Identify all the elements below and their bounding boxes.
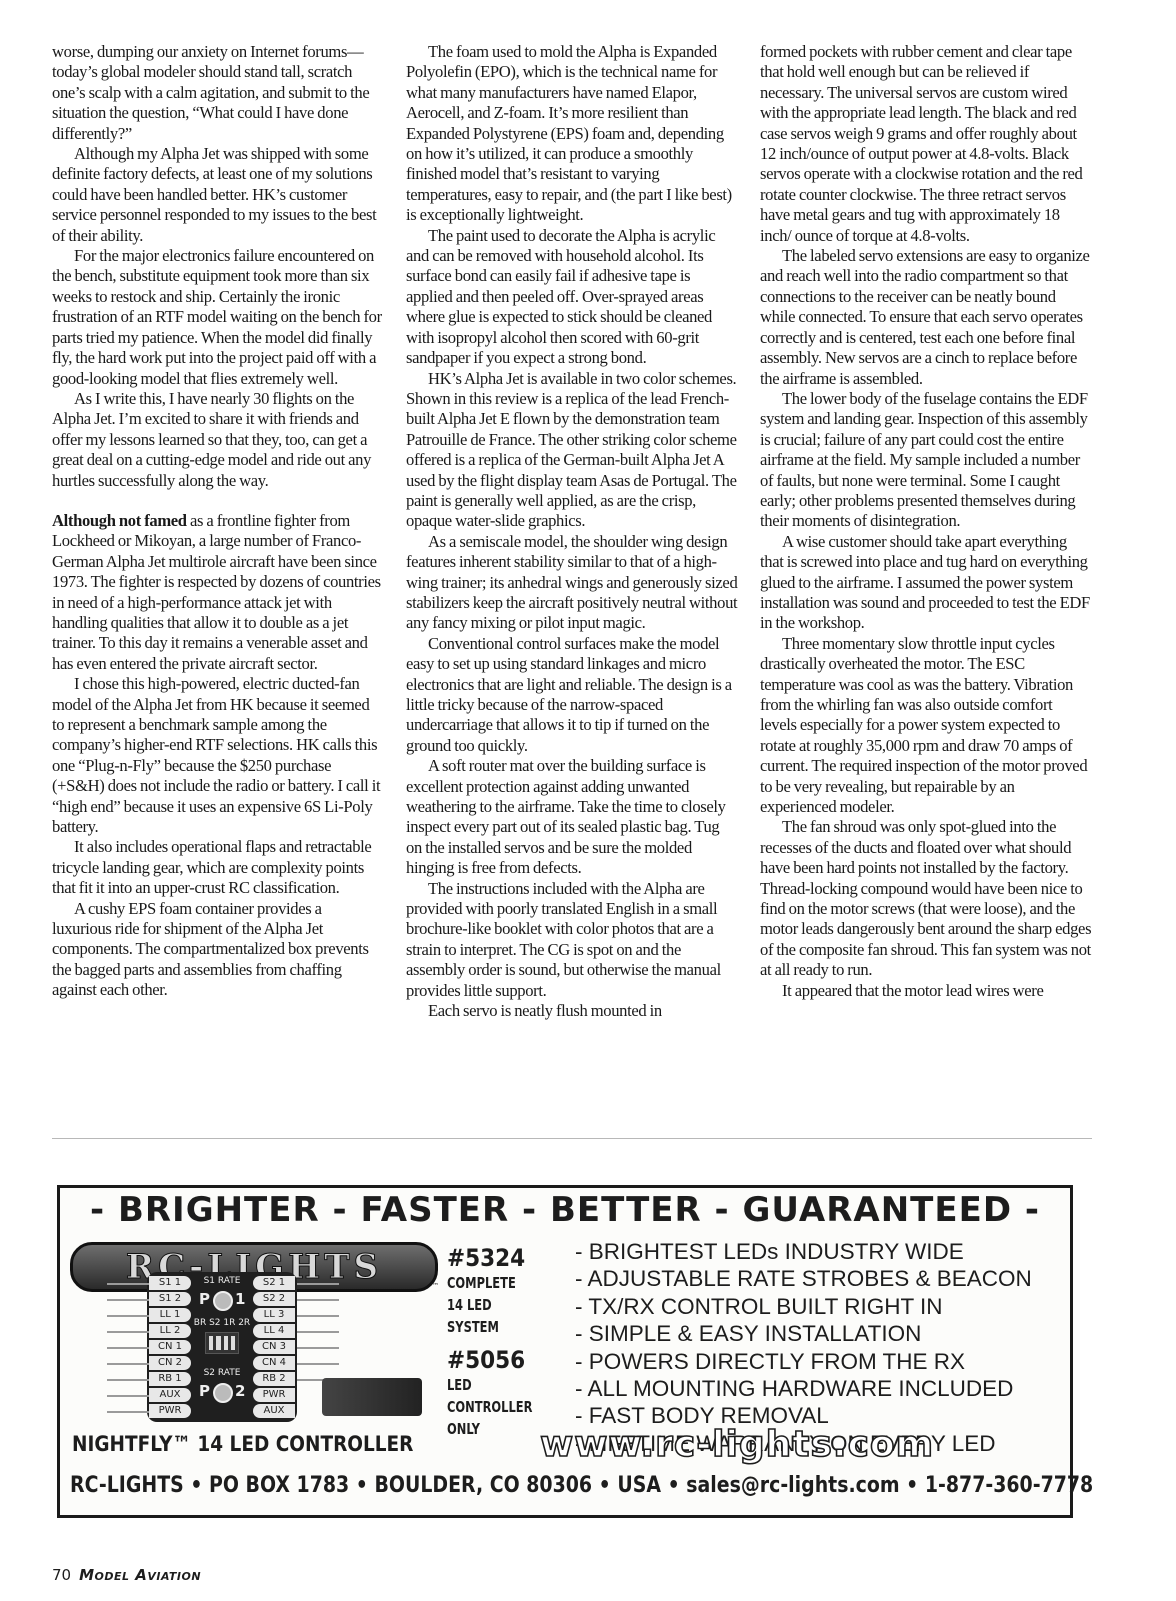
wire-line [107,1395,149,1397]
sku-number: #5324 [447,1244,528,1272]
pin-label: PWR [253,1388,295,1402]
section-lead-in: Although not famed [52,511,187,530]
pot-number: 2 [235,1382,245,1400]
sku-desc-line: SYSTEM [447,1316,516,1338]
magazine-name: Model Aviation [79,1566,201,1584]
wire-line [297,1283,339,1285]
paragraph-text: as a frontline fighter from Lockheed or … [52,511,381,673]
feature-item: - POWERS DIRECTLY FROM THE RX [575,1348,1032,1375]
paragraph: For the major electronics failure encoun… [52,246,384,389]
wire-line [107,1379,149,1381]
s2-rate-label: S2 RATE [182,1368,262,1378]
pin-label: CN 1 [149,1340,191,1354]
wire-line [107,1411,149,1413]
pot-letter: P [199,1290,210,1308]
wire-line [107,1331,149,1333]
wire-line [107,1283,149,1285]
paragraph: The paint used to decorate the Alpha is … [406,226,738,369]
paragraph: formed pockets with rubber cement and cl… [760,42,1092,246]
sku-desc-line: CONTROLLER [447,1396,532,1418]
potentiometer-icon [213,1291,233,1311]
pin-label: AUX [253,1404,295,1418]
pin-label: S2 2 [253,1292,295,1306]
sku-desc-line: ONLY [447,1418,532,1440]
article-column-1: worse, dumping our anxiety on Internet f… [52,42,384,1137]
article-column-3: formed pockets with rubber cement and cl… [760,42,1092,1137]
wire-line [297,1347,339,1349]
potentiometer-icon [213,1383,233,1403]
dip-switch-icon [205,1332,239,1354]
pin-label: PWR [149,1404,191,1418]
paragraph: The labeled servo extensions are easy to… [760,246,1092,389]
paragraph: Although my Alpha Jet was shipped with s… [52,144,384,246]
paragraph: The instructions included with the Alpha… [406,879,738,1001]
paragraph: As I write this, I have nearly 30 flight… [52,389,384,491]
trademark-symbol: ™ [432,1282,439,1290]
ad-headline: - BRIGHTER - FASTER - BETTER - GUARANTEE… [60,1190,1070,1230]
paragraph: It also includes operational flaps and r… [52,837,384,898]
article-body: worse, dumping our anxiety on Internet f… [52,42,1092,1137]
paragraph: A soft router mat over the building surf… [406,756,738,878]
wire-line [297,1299,339,1301]
article-column-2: The foam used to mold the Alpha is Expan… [406,42,738,1137]
feature-item: - ALL MOUNTING HARDWARE INCLUDED [575,1375,1032,1402]
sku-desc-line: LED [447,1374,532,1396]
page-footer: 70 Model Aviation [52,1566,201,1584]
section-lead-paragraph: Although not famed as a frontline fighte… [52,511,384,674]
sku-desc-line: 14 LED [447,1294,516,1316]
feature-item: - SIMPLE & EASY INSTALLATION [575,1320,1032,1347]
led-controller-board-image: S1 1 S1 2 LL 1 LL 2 CN 1 CN 2 RB 1 AUX P… [117,1264,317,1424]
paragraph: As a semiscale model, the shoulder wing … [406,532,738,634]
dip-switch-label: BR S2 1R 2R [182,1318,262,1328]
product-5056: #5056 LED CONTROLLER ONLY [447,1346,548,1440]
feature-item: - TX/RX CONTROL BUILT RIGHT IN [575,1293,1032,1320]
wire-line [297,1363,339,1365]
pin-label: S1 2 [149,1292,191,1306]
paragraph: HK’s Alpha Jet is available in two color… [406,369,738,532]
feature-item: - ADJUSTABLE RATE STROBES & BEACON [575,1265,1032,1292]
paragraph: Conventional control surfaces make the m… [406,634,738,756]
wire-line [297,1331,339,1333]
sku-number: #5056 [447,1346,548,1374]
pot-number: 1 [235,1290,245,1308]
paragraph: worse, dumping our anxiety on Internet f… [52,42,384,144]
sku-desc-line: COMPLETE [447,1272,516,1294]
paragraph: Three momentary slow throttle input cycl… [760,634,1092,818]
wire-line [297,1315,339,1317]
rc-lights-advertisement[interactable]: - BRIGHTER - FASTER - BETTER - GUARANTEE… [57,1185,1073,1518]
wire-line [107,1347,149,1349]
wire-line [107,1315,149,1317]
s1-rate-label: S1 RATE [182,1276,262,1286]
paragraph: I chose this high-powered, electric duct… [52,674,384,837]
paragraph: A cushy EPS foam container provides a lu… [52,899,384,1001]
pin-label: CN 3 [253,1340,295,1354]
product-name: NIGHTFLY™ 14 LED CONTROLLER [72,1432,413,1456]
paragraph: Each servo is neatly flush mounted in [406,1001,738,1021]
website-link[interactable]: www.rc-lights.com [540,1424,934,1465]
paragraph: The foam used to mold the Alpha is Expan… [406,42,738,226]
product-5324: #5324 COMPLETE 14 LED SYSTEM [447,1244,528,1338]
paragraph: The fan shroud was only spot-glued into … [760,817,1092,980]
section-divider [52,1138,1092,1139]
paragraph: It appeared that the motor lead wires we… [760,981,1092,1001]
pin-label: AUX [149,1388,191,1402]
pot-letter: P [199,1382,210,1400]
wire-line [107,1363,149,1365]
paragraph: A wise customer should take apart everyt… [760,532,1092,634]
page-number: 70 [52,1566,71,1584]
servo-connector-icon [322,1378,422,1416]
paragraph: The lower body of the fuselage contains … [760,389,1092,532]
contact-info: RC-LIGHTS • PO BOX 1783 • BOULDER, CO 80… [70,1473,1093,1498]
wire-line [107,1299,149,1301]
feature-item: - BRIGHTEST LEDs INDUSTRY WIDE [575,1238,1032,1265]
